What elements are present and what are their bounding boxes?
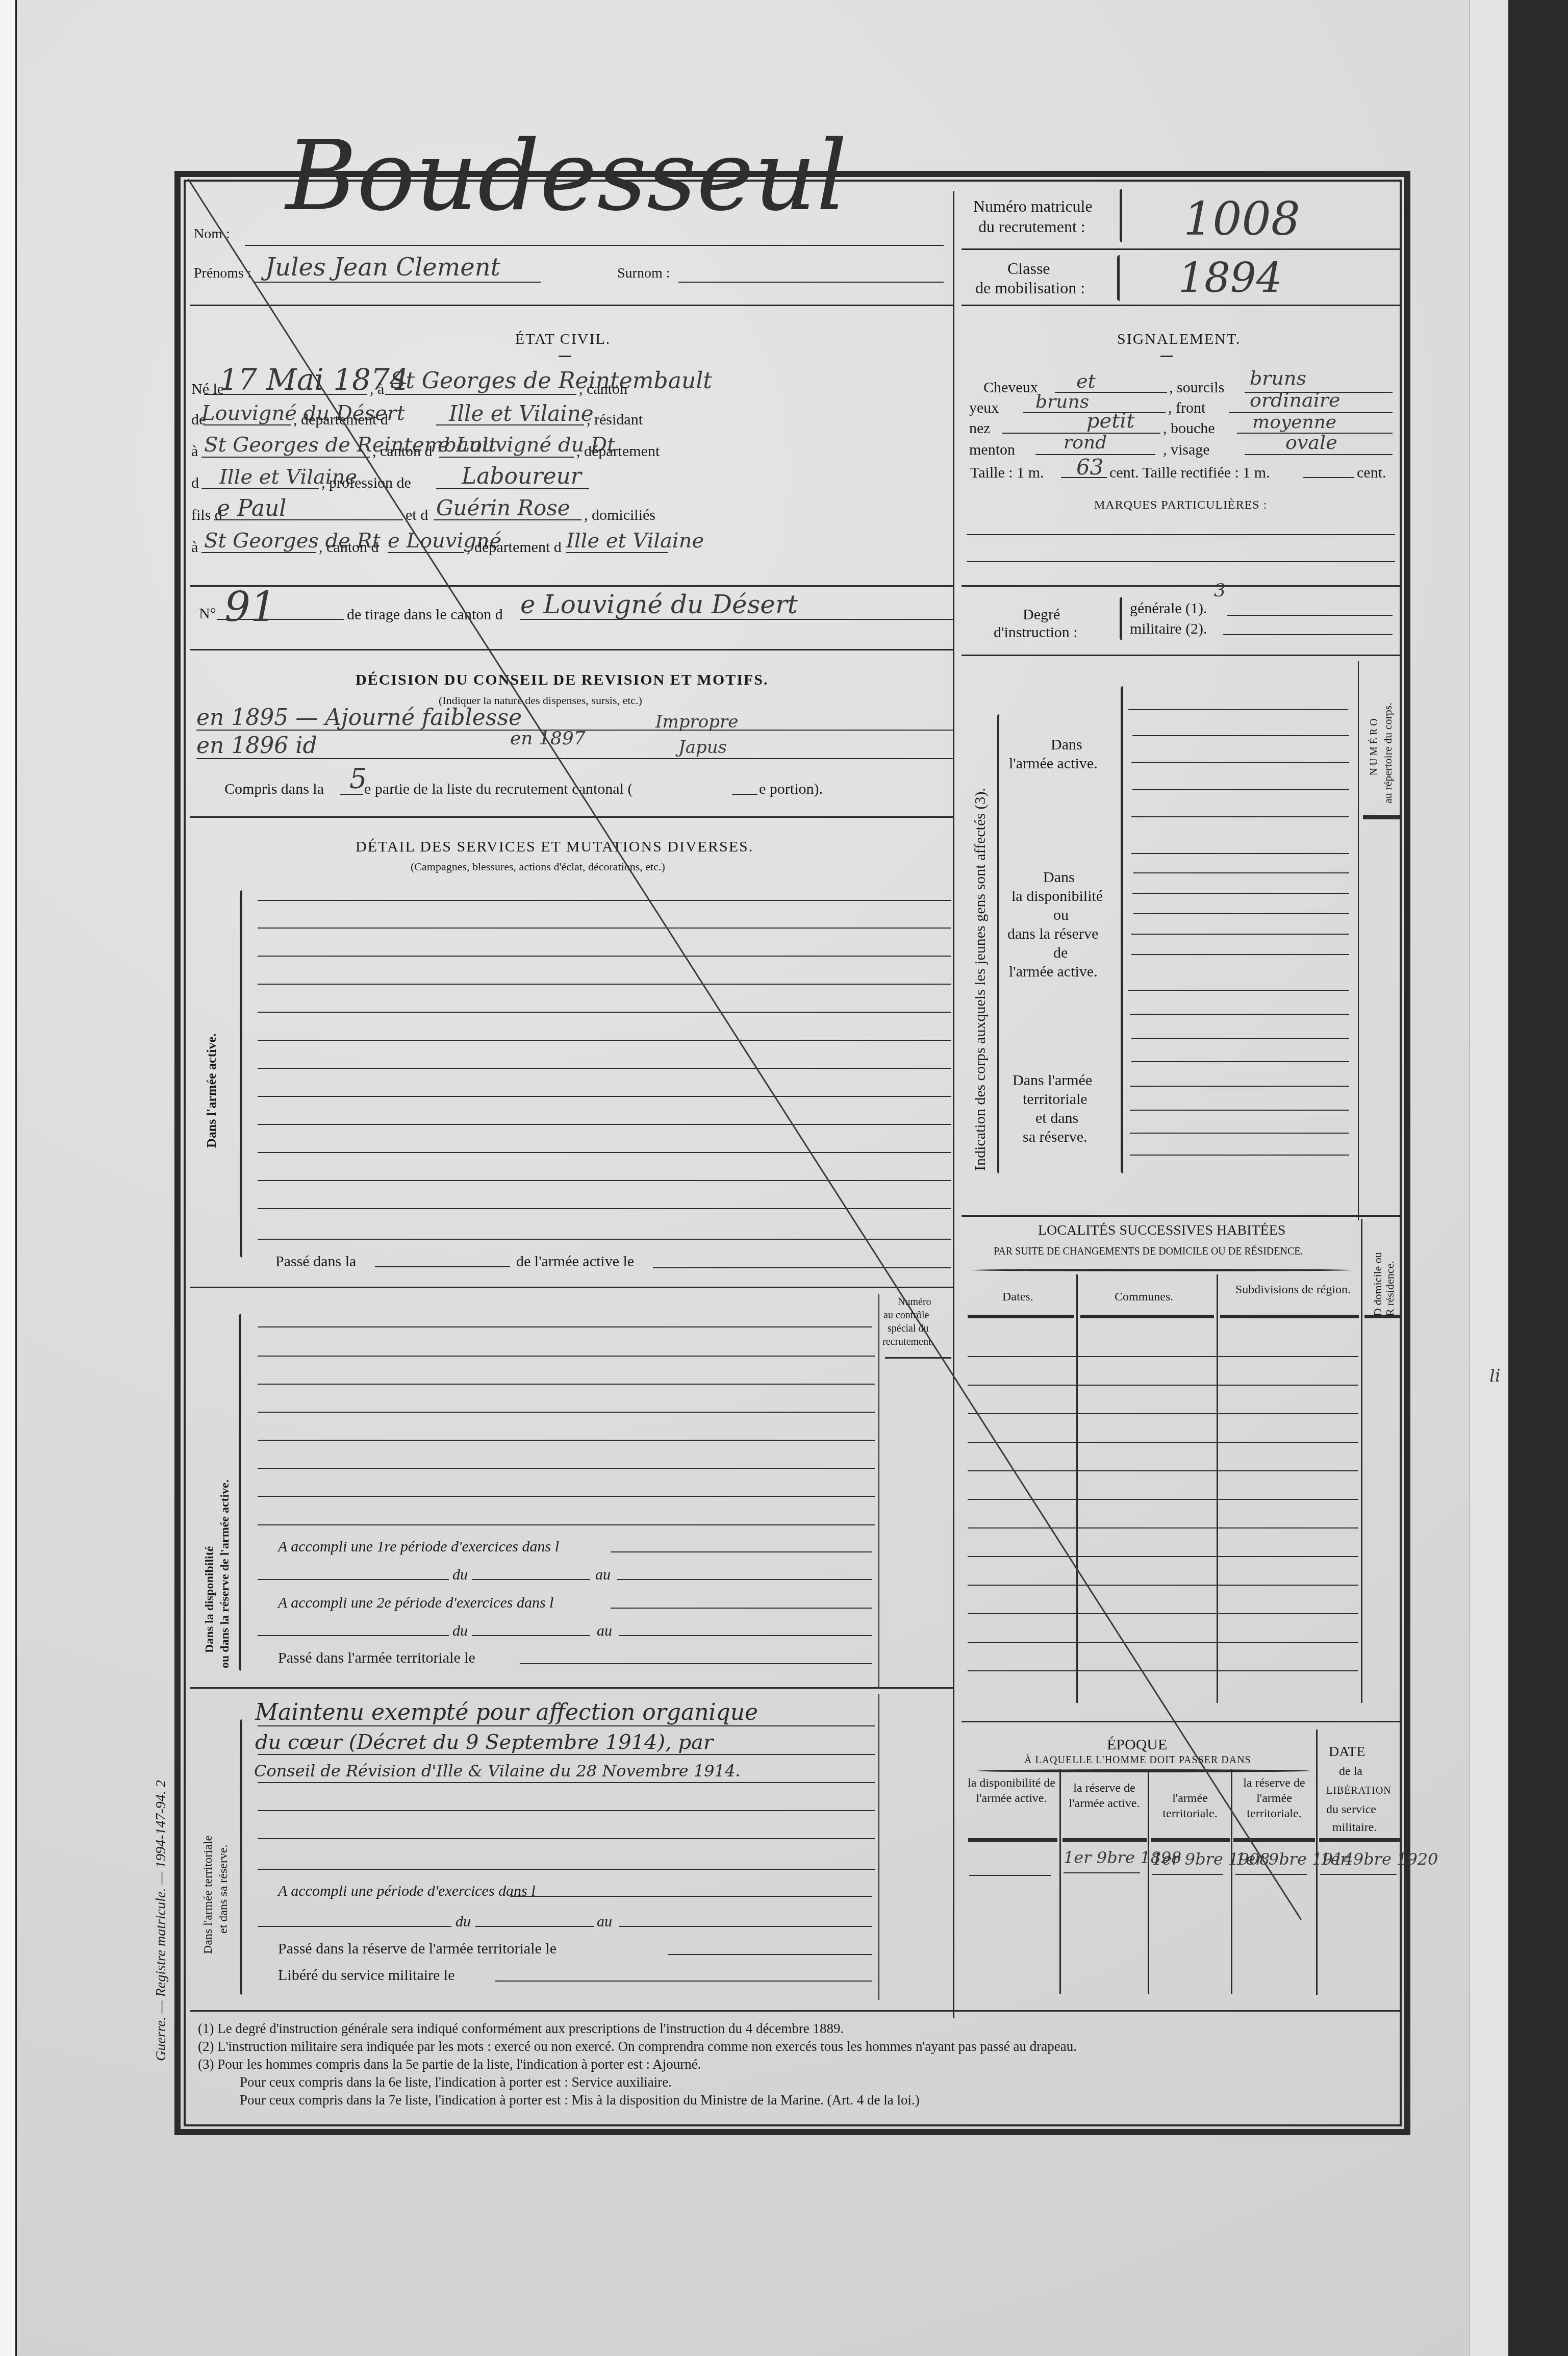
localites-header-rule xyxy=(968,1315,1074,1318)
liberation-label-3: du service xyxy=(1326,1803,1376,1816)
canton3-label: , canton d xyxy=(319,540,378,555)
tirage-number: 91 xyxy=(224,587,276,628)
prenoms-value: Jules Jean Clement xyxy=(265,255,500,280)
prenoms-label: Prénoms : xyxy=(194,266,251,281)
footnote-1: (1) Le degré d'instruction générale sera… xyxy=(198,2022,844,2036)
surnom-label: Surnom : xyxy=(617,266,670,281)
decision-title: DÉCISION DU CONSEIL DE REVISION ET MOTIF… xyxy=(356,671,768,689)
portion-label: e portion). xyxy=(759,782,823,797)
localites-row-line xyxy=(968,1642,1358,1643)
visage-label: , visage xyxy=(1163,442,1210,458)
numero-column-divider xyxy=(1358,661,1359,1220)
taille-value: 63 xyxy=(1076,457,1103,478)
visage-line xyxy=(1245,454,1393,455)
periode1-line xyxy=(611,1551,872,1552)
periode1-du-line xyxy=(472,1579,590,1580)
tirage-label: de tirage dans le canton d xyxy=(347,607,503,622)
au-label: au xyxy=(595,1567,611,1583)
armee-active-side-label: Dans l'armée active. xyxy=(204,1033,219,1148)
localites-row-line xyxy=(968,1613,1358,1614)
localites-side-label-2: R résidence. xyxy=(1383,1261,1397,1316)
localites-row-line xyxy=(968,1585,1358,1586)
du-label: du xyxy=(452,1623,468,1639)
classe-brace xyxy=(1117,255,1120,301)
front-label: , front xyxy=(1168,400,1205,416)
margin-mark: li xyxy=(1489,1367,1501,1385)
cheveux-label: Cheveux xyxy=(983,380,1038,395)
militaire-line xyxy=(1223,634,1393,635)
service-line xyxy=(258,1412,875,1413)
yeux-label: yeux xyxy=(969,400,999,416)
localites-column-divider xyxy=(1217,1274,1218,1703)
du-label: du xyxy=(452,1567,468,1583)
cheveux-value: et xyxy=(1076,371,1096,391)
localites-side-label-1: D domicile ou xyxy=(1371,1252,1384,1316)
matricule-label-2: du recrutement : xyxy=(978,218,1085,235)
decision-line-1-text: en 1895 — Ajourné faiblesse xyxy=(196,707,522,729)
localites-subtitle: PAR SUITE DE CHANGEMENTS DE DOMICILE OU … xyxy=(994,1246,1303,1257)
canton-label: , canton xyxy=(579,382,627,397)
corps-dispo-label-3: ou xyxy=(1053,908,1069,923)
corps-dispo-label-4: dans la réserve xyxy=(1007,926,1098,942)
periode2-line xyxy=(611,1608,872,1609)
territoriale-column-divider xyxy=(878,1694,879,2000)
service-line xyxy=(258,1524,875,1525)
periode-du-pre-line xyxy=(258,1926,451,1927)
yeux-value: bruns xyxy=(1035,393,1089,411)
service-line xyxy=(258,928,951,929)
corps-line xyxy=(1132,735,1349,736)
disponibilite-side-label-1: Dans la disponibilité xyxy=(203,1546,217,1653)
service-line xyxy=(258,1068,951,1069)
localites-row-line xyxy=(968,1442,1358,1443)
service-line xyxy=(258,1012,951,1013)
territoriale-brace xyxy=(240,1719,242,1995)
passe-active-label-1: Passé dans la xyxy=(275,1254,356,1269)
instruction-brace xyxy=(1120,597,1122,640)
epoque-value-line xyxy=(1320,1874,1397,1875)
au-label: au xyxy=(597,1914,612,1929)
corps-dispo-brace xyxy=(1121,841,1123,981)
corps-line xyxy=(1131,1038,1349,1039)
localites-col-communes: Communes. xyxy=(1115,1291,1173,1303)
cent-label: cent. Taille rectifiée : 1 m. xyxy=(1109,465,1270,481)
periode-line xyxy=(510,1896,872,1897)
residence-line xyxy=(201,457,370,458)
periode-label: A accompli une période d'exercices dans … xyxy=(278,1884,536,1899)
a3-label: à xyxy=(191,540,198,555)
corps-dispo-label-6: l'armée active. xyxy=(1009,964,1098,980)
localites-header-rule xyxy=(1080,1315,1214,1318)
corps-line xyxy=(1131,853,1349,854)
periode-au-line xyxy=(619,1926,872,1927)
bouche-value: moyenne xyxy=(1252,413,1336,432)
compris-label: Compris dans la xyxy=(224,782,324,797)
epoque-col-reserve-territoriale: la réserve de l'armée territoriale. xyxy=(1233,1775,1315,1821)
service-line xyxy=(258,956,951,957)
tirage-no-label: N° xyxy=(199,606,216,621)
service-line xyxy=(258,1754,875,1755)
localites-title: LOCALITÉS SUCCESSIVES HABITÉES xyxy=(1038,1223,1285,1238)
service-line xyxy=(258,1239,951,1240)
epoque-value-line xyxy=(1064,1872,1140,1873)
territoriale-note-line-3: Conseil de Révision d'Ille & Vilaine du … xyxy=(254,1763,740,1779)
birth-place: St Georges de Reintembault xyxy=(390,370,712,392)
footnote-2: (2) L'instruction militaire sera indiqué… xyxy=(198,2040,1077,2053)
sourcils-value: bruns xyxy=(1250,368,1306,388)
passe-reserve-territoriale-line xyxy=(668,1954,872,1955)
matricule-value: 1008 xyxy=(1183,196,1300,242)
au-label: au xyxy=(597,1623,612,1639)
matricule-brace xyxy=(1120,189,1122,242)
column-divider xyxy=(953,191,954,2018)
localites-divider xyxy=(962,1721,1400,1722)
epoque-brace xyxy=(977,1769,1311,1772)
services-title: DÉTAIL DES SERVICES ET MUTATIONS DIVERSE… xyxy=(356,838,753,856)
territoriale-note-line-1: Maintenu exempté pour affection organiqu… xyxy=(255,1701,758,1724)
a-label: , à xyxy=(370,382,384,397)
corps-line xyxy=(1130,1133,1349,1134)
corps-line xyxy=(1131,954,1349,955)
corps-line xyxy=(1130,1110,1349,1111)
controle-column-divider xyxy=(878,1294,879,1687)
sourcils-label: , sourcils xyxy=(1169,380,1224,395)
service-line xyxy=(258,1869,875,1870)
corps-active-label-2: l'armée active. xyxy=(1009,756,1098,771)
numero-rule xyxy=(1363,815,1400,819)
taille-rectifiee-line xyxy=(1303,477,1354,478)
corps-line xyxy=(1133,872,1349,873)
service-line xyxy=(258,1180,951,1181)
decision-divider xyxy=(190,816,953,818)
corps-line xyxy=(1131,762,1349,763)
localites-row-line xyxy=(968,1556,1358,1557)
canton-d-label: , canton d xyxy=(372,444,432,459)
periode1-label: A accompli une 1re période d'exercices d… xyxy=(278,1539,559,1555)
corps-line xyxy=(1132,789,1349,790)
epoque-subtitle: À LAQUELLE L'HOMME DOIT PASSER DANS xyxy=(1024,1755,1251,1765)
instruction-label-1: Degré xyxy=(1023,607,1060,622)
corps-dispo-label-2: la disponibilité xyxy=(1011,889,1103,904)
periode2-label: A accompli une 2e période d'exercices da… xyxy=(278,1595,553,1611)
localites-row-line xyxy=(968,1385,1358,1386)
footnotes-divider xyxy=(190,2010,1401,2012)
territoriale-side-label-1: Dans l'armée territoriale xyxy=(201,1836,215,1954)
epoque-header-rule xyxy=(1151,1838,1230,1842)
corps-line xyxy=(1131,934,1349,935)
service-line xyxy=(258,1356,875,1357)
menton-value: rond xyxy=(1064,434,1107,452)
armee-active-divider xyxy=(190,1287,953,1288)
corps-terr-label-1: Dans l'armée xyxy=(1013,1073,1092,1088)
liberation-label-4: militaire. xyxy=(1332,1821,1377,1834)
identity-divider xyxy=(190,305,953,306)
footnote-3: (3) Pour les hommes compris dans la 5e p… xyxy=(198,2058,701,2071)
localites-row-line xyxy=(968,1527,1358,1528)
matricule-label: Numéro matricule xyxy=(973,198,1093,214)
etat-civil-divider xyxy=(190,585,953,587)
service-line xyxy=(258,1326,872,1327)
taille-label: Taille : 1 m. xyxy=(970,465,1044,481)
residence-canton-line xyxy=(439,457,574,458)
epoque-column-divider xyxy=(1231,1769,1232,1994)
corps-line xyxy=(1133,913,1349,914)
footnote-5: Pour ceux compris dans la 7e liste, l'in… xyxy=(240,2093,920,2107)
service-line xyxy=(258,1440,875,1441)
periode-du-line xyxy=(475,1926,594,1927)
localites-row-line xyxy=(968,1356,1358,1357)
corps-brace xyxy=(997,714,999,1173)
prenoms-line xyxy=(255,282,541,283)
father: e Paul xyxy=(217,497,286,520)
generale-value: 3 xyxy=(1214,582,1226,600)
departement-label: , département d xyxy=(293,412,388,428)
passe-active-line-2 xyxy=(653,1267,951,1268)
corps-divider xyxy=(962,1215,1400,1217)
corps-line xyxy=(1131,1061,1349,1062)
menton-label: menton xyxy=(969,442,1015,458)
periode2-du-line xyxy=(472,1635,590,1636)
decision-remark-1: Impropre xyxy=(655,713,738,731)
title-rule xyxy=(1160,356,1173,357)
signalement-title: SIGNALEMENT. xyxy=(1117,331,1241,348)
service-line xyxy=(258,984,951,985)
decision-remark-2: Japus xyxy=(678,739,727,756)
profession-label: , profession de xyxy=(321,475,411,491)
a2-label: à xyxy=(191,444,198,459)
epoque-value-line xyxy=(1152,1874,1223,1875)
epoque-header-rule xyxy=(1319,1838,1401,1842)
signalement-divider xyxy=(962,585,1400,587)
epoque-col-territoriale: l'armée territoriale. xyxy=(1150,1791,1230,1821)
localites-header-rule xyxy=(1364,1315,1400,1318)
service-line xyxy=(258,1725,875,1726)
passe-territoriale-line xyxy=(520,1663,872,1664)
corps-dispo-label-1: Dans xyxy=(1043,870,1075,885)
controle-label-2: au contrôle xyxy=(883,1310,929,1320)
marques-line xyxy=(967,534,1395,535)
instruction-label-2: d'instruction : xyxy=(994,625,1078,640)
localites-row-line xyxy=(968,1499,1358,1500)
disponibilite-side-label-2: ou dans la réserve de l'armée active. xyxy=(218,1480,232,1668)
liberation-label-2: LIBÉRATION xyxy=(1326,1786,1392,1796)
passe-reserve-territoriale-label: Passé dans la réserve de l'armée territo… xyxy=(278,1941,557,1957)
departement2-label: , département xyxy=(576,444,660,459)
classe-value: 1894 xyxy=(1178,258,1282,298)
title-rule xyxy=(559,356,571,357)
periode2-du-pre-line xyxy=(258,1635,449,1636)
disponibilite-divider xyxy=(190,1687,953,1689)
classe-label: Classe xyxy=(1007,260,1050,277)
front-value: ordinaire xyxy=(1250,390,1340,410)
epoque-col-disponibilite: la disponibilité de l'armée active. xyxy=(966,1775,1057,1806)
instruction-divider xyxy=(962,655,1400,656)
corps-line xyxy=(1128,709,1348,710)
corps-line xyxy=(1128,990,1349,991)
nez-label: nez xyxy=(969,421,991,436)
etat-civil-title: ÉTAT CIVIL. xyxy=(515,331,611,348)
registration-divider xyxy=(962,248,1400,250)
controle-label-4: recrutement. xyxy=(882,1337,934,1347)
service-line xyxy=(258,1496,875,1497)
militaire-label: militaire (2). xyxy=(1130,621,1207,637)
liberation-label-1: de la xyxy=(1339,1765,1362,1777)
corps-line xyxy=(1132,893,1349,894)
service-line xyxy=(258,1782,875,1783)
marques-line xyxy=(967,561,1395,562)
corps-active-label-1: Dans xyxy=(1051,737,1082,753)
localites-row-line xyxy=(968,1413,1358,1414)
passe-active-label-2: de l'armée active le xyxy=(516,1254,634,1269)
decision-line-2-text: en 1896 id xyxy=(196,735,317,757)
passe-active-line-1 xyxy=(375,1266,510,1267)
epoque-title: ÉPOQUE xyxy=(1107,1737,1167,1752)
epoque-column-divider xyxy=(1148,1769,1149,1994)
birth-place-line xyxy=(385,394,576,395)
territoriale-side-label-2: et dans sa réserve. xyxy=(217,1844,231,1934)
localites-row-line xyxy=(968,1470,1358,1471)
numero-label-2: au répertoire du corps. xyxy=(1381,703,1395,804)
localites-column-divider xyxy=(1076,1274,1078,1703)
epoque-value-line xyxy=(969,1875,1051,1876)
service-line xyxy=(258,1838,875,1839)
liberation-title: DATE xyxy=(1329,1745,1365,1759)
libere-line xyxy=(495,1981,872,1982)
service-line xyxy=(258,900,951,901)
visage-value: ovale xyxy=(1285,433,1337,452)
epoque-col-reserve-active: la réserve de l'armée active. xyxy=(1062,1781,1147,1811)
periode2-au-line xyxy=(619,1635,872,1636)
epoque-header-rule xyxy=(1233,1838,1315,1842)
service-line xyxy=(258,1810,875,1811)
localites-header-rule xyxy=(1220,1315,1359,1318)
side-imprint: Guerre. — Registre matricule. — 1994-147… xyxy=(153,1780,169,2061)
periode1-au-line xyxy=(617,1579,872,1580)
corps-terr-brace xyxy=(1121,977,1123,1173)
localites-col-dates: Dates. xyxy=(1002,1291,1033,1303)
nom-value: Boudesseul xyxy=(286,128,847,224)
surnom-line xyxy=(678,282,944,283)
periode1-du-pre-line xyxy=(258,1579,449,1580)
territoriale-note-line-2: du cœur (Décret du 9 Septembre 1914), pa… xyxy=(255,1732,713,1752)
tirage-divider xyxy=(190,649,953,650)
du-label: du xyxy=(456,1914,471,1929)
corps-side-label: Indication des corps auxquels les jeunes… xyxy=(972,788,989,1171)
classe-label-2: de mobilisation : xyxy=(975,280,1085,296)
nom-line xyxy=(245,245,944,246)
portion-line xyxy=(732,794,757,795)
profession: Laboureur xyxy=(462,465,581,488)
parents-departement: Ille et Vilaine xyxy=(566,531,704,551)
epoque-column-divider xyxy=(1059,1769,1061,1994)
d-label: d xyxy=(191,475,199,491)
corps-line xyxy=(1130,1014,1349,1015)
armee-active-brace xyxy=(240,890,242,1258)
tirage-canton: e Louvigné du Désert xyxy=(520,592,798,617)
service-line xyxy=(258,1152,951,1153)
epoque-header-rule xyxy=(968,1838,1057,1842)
residant-label: , résidant xyxy=(587,412,643,428)
service-line xyxy=(258,1124,951,1125)
corps-terr-label-2: territoriale xyxy=(1023,1092,1088,1107)
service-line xyxy=(258,1468,875,1469)
cent2-label: cent. xyxy=(1357,465,1386,481)
localites-row-line xyxy=(968,1670,1358,1671)
marques-label: MARQUES PARTICULIÈRES : xyxy=(1094,499,1267,511)
generale-line xyxy=(1227,615,1393,616)
decision-bracket-note: en 1897 xyxy=(510,730,586,748)
corps-terr-label-4: sa réserve. xyxy=(1023,1130,1088,1145)
localites-brace xyxy=(972,1269,1352,1271)
et-d-label: et d xyxy=(406,508,428,523)
bouche-label: , bouche xyxy=(1163,421,1215,436)
corps-line xyxy=(1130,1155,1349,1156)
numero-label: NUMÉRO xyxy=(1369,716,1380,775)
binding-edge xyxy=(0,0,17,2356)
libere-label: Libéré du service militaire le xyxy=(278,1968,455,1983)
service-line xyxy=(258,1040,951,1041)
footnote-4: Pour ceux compris dans la 6e liste, l'in… xyxy=(240,2075,672,2089)
birth-departement: Ille et Vilaine xyxy=(449,403,594,424)
nez-value: petit xyxy=(1086,411,1134,431)
service-line xyxy=(258,1384,875,1385)
passe-territoriale-label: Passé dans l'armée territoriale le xyxy=(278,1650,475,1666)
epoque-header-rule xyxy=(1063,1838,1147,1842)
mother: Guérin Rose xyxy=(436,497,570,519)
page-fold-edge xyxy=(1469,0,1508,2356)
localites-col-subdivisions: Subdivisions de région. xyxy=(1224,1282,1362,1299)
corps-terr-label-3: et dans xyxy=(1035,1111,1078,1126)
service-line xyxy=(258,1096,951,1097)
corps-line xyxy=(1130,1086,1349,1087)
disponibilite-brace xyxy=(239,1314,241,1671)
generale-label: générale (1). xyxy=(1130,601,1207,616)
domicilies-label: , domiciliés xyxy=(584,508,655,523)
corps-active-brace xyxy=(1121,686,1123,849)
liberation-value: 1er 9bre 1920 xyxy=(1320,1851,1438,1867)
corps-line xyxy=(1131,816,1349,817)
partie-label: e partie de la liste du recrutement cant… xyxy=(364,782,633,797)
registration-bottom xyxy=(962,305,1400,306)
corps-dispo-label-5: de xyxy=(1053,945,1068,961)
departement3-label: , département d xyxy=(467,540,562,555)
